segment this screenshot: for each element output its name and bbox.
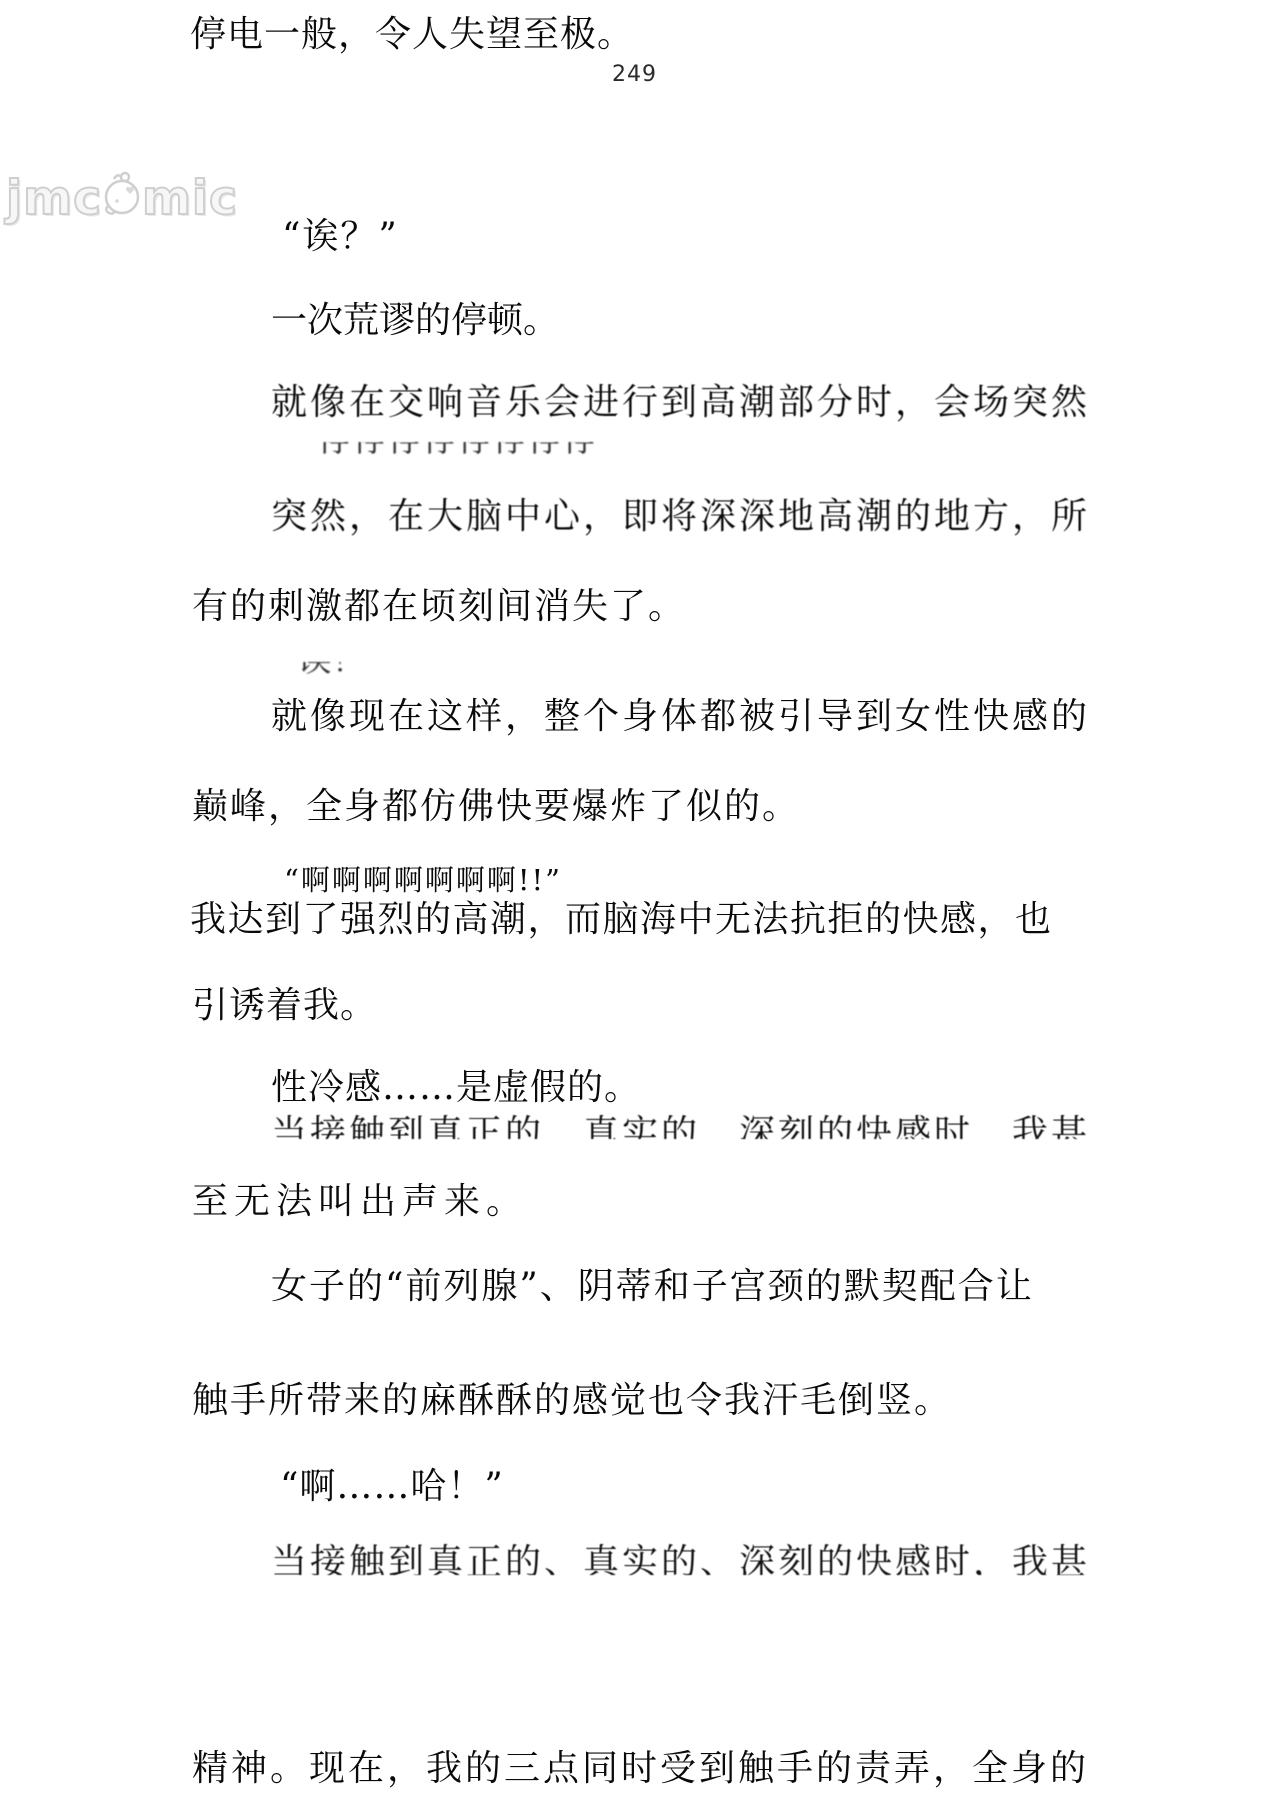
erased-line-top-half: 当接触到真正的、真实的、深刻的快感时，我甚 [271, 1544, 1116, 1575]
erased-line-fragments: “诶？” [278, 662, 428, 678]
dialogue-line: “诶？” [282, 216, 399, 257]
body-line: 有的刺激都在顷刻间消失了。 [192, 586, 686, 627]
body-line: 性冷感……是虚假的。 [271, 1067, 641, 1108]
body-line: 精神。现在，我的三点同时受到触手的责弄，全身的 [192, 1748, 1089, 1789]
body-line: 引诱着我。 [192, 985, 377, 1026]
body-line: 我达到了强烈的高潮，而脑海中无法抗拒的快感，也 [190, 899, 1053, 940]
watermark-text-suffix: mic [142, 175, 238, 222]
body-line: 就像在交响音乐会进行到高潮部分时，会场突然 [271, 382, 1090, 423]
dialogue-line: “啊……哈！” [280, 1466, 504, 1507]
body-line: 停电一般，令人失望至极。 [190, 14, 634, 55]
body-line: 一次荒谬的停顿。 [271, 300, 559, 341]
page-number: 249 [612, 62, 657, 87]
body-line: 突然，在大脑中心，即将深深地高潮的地方，所 [271, 496, 1090, 537]
body-line: 至无法叫出声来。 [192, 1181, 528, 1222]
body-line: 女子的“前列腺”、阴蒂和子宫颈的默契配合让 [271, 1266, 1034, 1307]
body-line: 巅峰，全身都仿佛快要爆炸了似的。 [192, 786, 800, 827]
watermark-text-prefix: jmc [6, 175, 102, 222]
novel-page: 停电一般，令人失望至极。 249 jmc mic “诶？” 一次荒谬的停顿。 就… [0, 0, 1280, 1810]
erased-line-top-half: 当接触到真正的、真实的、深刻的快感时，我甚 [271, 1115, 1111, 1139]
watermark-bird-icon [102, 170, 142, 226]
watermark: jmc mic [6, 170, 238, 226]
body-line: 触手所带来的麻酥酥的感觉也令我汗毛倒竖。 [192, 1380, 952, 1421]
body-line: 就像现在这样，整个身体都被引导到女性快感的 [271, 696, 1090, 737]
erased-line-fragments: 停停停停停停停停 [318, 442, 618, 459]
dialogue-line: “啊啊啊啊啊啊啊!!” [284, 864, 562, 897]
